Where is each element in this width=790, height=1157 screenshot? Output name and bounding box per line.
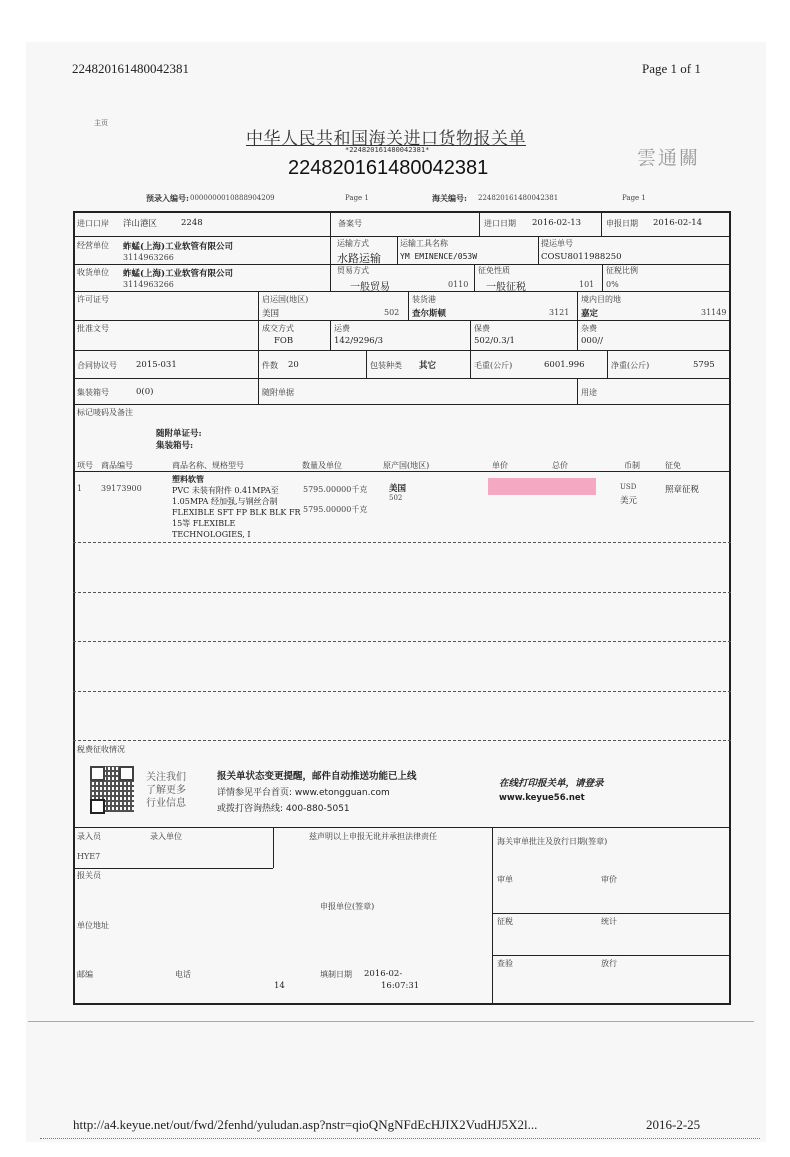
entry-clerk: HYE7 [77,852,100,861]
doc-id: 224820161480042381 [72,61,189,77]
bl-label: 提运单号 [541,238,573,249]
page-count: Page 1 of 1 [642,61,701,77]
divider [577,291,578,350]
phone-label: 电话 [175,969,191,980]
divider [73,868,273,869]
fill-date-label: 填制日期 [320,969,352,980]
destination: 嘉定 [581,307,598,319]
divider [73,827,731,828]
operator-name: 蚱蜢(上海)工业软管有限公司 [123,240,233,252]
declare-unit-label: 申报单位(签章) [320,901,374,912]
divider [607,350,608,378]
column-header: 商品编号 [101,460,133,471]
loading-port-label: 装货港 [412,294,436,305]
divider [330,211,331,291]
transport-mode-label: 运输方式 [337,238,369,249]
divider [73,471,731,472]
approval-label: 批准文号 [77,323,109,334]
origin-country-code: 502 [384,308,399,317]
divider [492,955,731,956]
notice-text: 报关单状态变更提醒，邮件自动推送功能已上线 [217,768,417,782]
divider [330,320,331,350]
column-header: 数量及单位 [302,460,342,471]
declare-date: 2016-02-14 [653,218,702,228]
column-header: 原产国(地区) [383,460,429,471]
dashed-divider [73,592,731,593]
follow-line: 行业信息 [146,797,186,810]
package-type: 其它 [419,359,436,371]
record-no-label: 备案号 [338,218,362,229]
divider [258,378,259,404]
divider [470,320,471,378]
container-no-label: 集装箱号: [156,439,193,451]
customs-number: 224820161480042381 [478,194,558,202]
page-left: Page 1 [345,194,369,202]
description-line: PVC 未装有附件 0.41MPA至 [172,485,301,496]
tax-levy-label: 征税 [497,916,513,927]
quantity-secondary: 5795.00000千克 [303,504,367,515]
pre-entry-number: 0000000010888904209 [190,194,275,202]
transport-mode: 水路运输 [337,250,381,266]
entry-clerk-label: 录入员 [77,831,101,842]
import-port-code: 2248 [181,218,203,228]
divider [73,291,731,292]
levy-ratio: 0% [606,280,619,289]
loading-port-code: 3121 [549,308,569,317]
divider [73,236,731,237]
attached-docs-label: 随附单据 [262,387,294,398]
declaration-number: 224820161480042381 [288,157,488,180]
divider [492,913,731,914]
trade-mode-code: 0110 [448,280,468,289]
stats-label: 统计 [601,916,617,927]
levy-nature-code: 101 [579,280,594,289]
origin-code: 502 [389,494,402,502]
divider [73,404,731,405]
customs-no-label: 海关编号: [432,193,467,204]
divider [577,378,578,404]
consignee-name: 蚱蜢(上海)工业软管有限公司 [123,267,233,279]
gross-weight: 6001.996 [544,360,585,370]
origin-country-label: 启运国(地区) [262,294,308,305]
column-header: 币制 [624,460,640,471]
net-weight-label: 净重(公斤) [611,360,649,371]
corner-mark: 主页 [94,118,108,128]
fill-day: 14 [274,981,285,991]
divider [258,291,259,378]
description-line: 15等 FLEXIBLE [172,518,301,529]
container-label: 集装箱号 [77,387,109,398]
source-url: http://a4.keyue.net/out/fwd/2fenhd/yulud… [73,1117,537,1133]
currency: 美元 [620,494,637,506]
page-right: Page 1 [622,194,646,202]
barcode-text: *224820161480042381* [345,146,429,154]
destination-label: 境内目的地 [581,294,621,305]
divider [538,236,539,264]
follow-line: 了解更多 [146,784,186,797]
print-link[interactable]: www.keyue56.net [499,793,585,803]
currency-code: USD [620,483,636,491]
inspect-label: 查验 [497,958,513,969]
commodity-code: 39173900 [101,484,142,493]
declarant-label: 报关员 [77,870,101,881]
origin: 美国 [389,482,406,494]
marks-label: 标记唛码及备注 [77,407,133,418]
levy-method: 照章征税 [665,483,699,495]
freight-label: 运费 [334,323,350,334]
divider [73,320,731,321]
tax-status-label: 税费征收情况 [77,744,125,755]
customs-approval-label: 海关审单批注及放行日期(签章) [497,836,607,847]
stamp-logo: 雲通關 [637,143,700,170]
gross-weight-label: 毛重(公斤) [474,360,512,371]
divider [73,350,731,351]
import-port: 洋山港区 [123,217,157,229]
declaration-statement: 兹声明以上申报无讹并承担法律责任 [309,831,437,842]
divider [73,378,731,379]
consignee-code: 3114963266 [123,280,174,289]
dashed-divider [73,740,731,741]
trade-mode-label: 贸易方式 [337,265,369,276]
loading-port: 查尔斯顿 [412,307,446,319]
divider [273,827,274,868]
package-label: 包装种类 [370,360,402,371]
vessel-label: 运输工具名称 [400,238,448,249]
vessel: YM EMINENCE/053W [400,252,477,261]
insurance: 502/0.3/1 [474,336,515,346]
levy-nature-label: 征免性质 [478,265,510,276]
commodity-description: 塑料软管PVC 未装有附件 0.41MPA至1.05MPA 经加强,与钢丝合制 … [172,474,301,540]
deal-mode: FOB [274,336,293,346]
consignee-label: 收货单位 [77,267,109,278]
declare-date-label: 申报日期 [606,218,638,229]
hotline-text: 或拨打咨询热线: 400-880-5051 [217,801,350,814]
entry-unit-label: 录入单位 [150,831,182,842]
column-header: 商品名称、规格型号 [172,460,244,471]
column-header: 征免 [665,460,681,471]
release-label: 放行 [601,958,617,969]
contract-number: 2015-031 [136,360,177,370]
fill-date: 2016-02- [364,969,402,979]
pieces: 20 [288,360,299,370]
address-label: 单位地址 [77,920,109,931]
net-weight: 5795 [693,360,715,370]
usage-label: 用途 [581,387,597,398]
print-notice: 在线打印报关单，请登录 [499,775,604,789]
divider [492,827,493,1003]
price-review-label: 审价 [601,874,617,885]
redacted-price [488,478,596,495]
description-line: TECHNOLOGIES, I [172,529,301,540]
quantity-primary: 5795.00000千克 [303,484,367,495]
destination-code: 31149 [701,308,726,317]
qr-corner [90,799,105,814]
column-header: 总价 [552,460,568,471]
freight: 142/9296/3 [334,336,383,346]
dashed-divider [73,641,731,642]
review-label: 审单 [497,874,513,885]
pieces-label: 件数 [262,360,278,371]
zip-label: 邮编 [77,969,93,980]
page-separator [28,1021,754,1022]
divider [366,350,367,378]
misc-fee: 000// [581,336,603,346]
declaration-form [73,211,731,1005]
levy-nature: 一般征税 [486,278,526,293]
description-line: 1.05MPA 经加强,与钢丝合制 [172,496,301,507]
operator-label: 经营单位 [77,240,109,251]
divider [474,264,475,291]
pre-entry-label: 预录入编号: [146,193,189,204]
description-line: 塑料软管 [172,474,301,485]
divider [408,291,409,320]
insurance-label: 保费 [474,323,490,334]
deal-mode-label: 成交方式 [262,323,294,334]
import-port-label: 进口口岸 [77,218,109,229]
misc-label: 杂费 [581,323,597,334]
trade-mode: 一般贸易 [350,278,390,293]
item-number: 1 [77,484,82,493]
follow-us-text: 关注我们了解更多行业信息 [146,771,186,810]
attached-doc-label: 随附单证号: [156,427,202,439]
column-header: 项号 [77,460,93,471]
import-date: 2016-02-13 [532,218,581,228]
bl-number: COSU8011988250 [541,252,622,262]
levy-ratio-label: 征税比例 [606,265,638,276]
license-label: 许可证号 [77,294,109,305]
description-line: FLEXIBLE SFT FP BLK BLK FR [172,507,301,518]
import-date-label: 进口日期 [484,218,516,229]
site-link[interactable]: 详情参见平台首页: www.etongguan.com [217,785,390,798]
divider [397,236,398,264]
origin-country: 美国 [262,307,279,319]
dashed-divider [73,542,731,543]
container-count: 0(0) [136,387,153,397]
divider [479,211,480,236]
dotted-divider [40,1138,760,1139]
divider [601,211,602,236]
column-header: 单价 [492,460,508,471]
follow-line: 关注我们 [146,771,186,784]
print-date: 2016-2-25 [646,1117,700,1133]
dashed-divider [73,691,731,692]
divider [602,264,603,291]
fill-time: 16:07:31 [381,981,419,991]
operator-code: 3114963266 [123,253,174,262]
contract-label: 合同协议号 [77,360,117,371]
